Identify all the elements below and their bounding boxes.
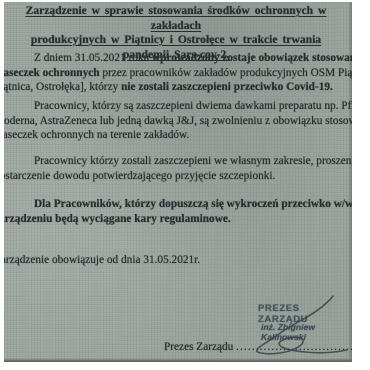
text-segment: Z dniem 31.05.2021 roku [34,52,152,64]
title-line-1: Zarządzenie w sprawie stosowania środków… [10,4,342,33]
text-line: Moderna, AstraZeneca lub jedną dawką J&J… [4,114,346,129]
text-line: dostarczenie dowodu potwierdzającego prz… [4,169,346,184]
text-line: Piątnica, Ostrołęka], którzy nie zostali… [4,80,346,95]
text-line: maseczek ochronnych na terenie zakładów. [4,128,346,143]
text-line: Pracownicy którzy zostali zaszczepieni w… [4,154,346,169]
handwritten-signature [237,290,352,362]
text-segment: przez pracowników zakładów produkcyjnych… [102,67,352,79]
scan-paper: Zarządzenie w sprawie stosowania środków… [4,2,352,362]
text-segment: nie zostali zaszczepieni przeciwko Covid… [121,81,333,93]
text-line: Dla Pracowników, którzy dopuszczą się wy… [4,197,346,212]
text-line: maseczek ochronnych przez pracowników za… [4,66,346,81]
text-segment: wprowadzony zostaje obowiązek stosowania [152,52,352,64]
text-line: Pracownicy, którzy są zaszczepieni dwiem… [4,99,346,114]
paragraph-penalties: Dla Pracowników, którzy dopuszczą się wy… [4,197,346,227]
text-segment: Piątnica, Ostrołęka], którzy [4,81,121,93]
text-line: zarządzeniu będą wyciągane kary regulami… [4,212,346,227]
paragraph-proof-request: Pracownicy którzy zostali zaszczepieni w… [4,154,346,183]
paragraph-vaccinated-exemption: Pracownicy, którzy są zaszczepieni dwiem… [4,99,346,143]
paragraph-opening: Z dniem 31.05.2021 roku wprowadzony zost… [4,51,346,95]
text-line: Z dniem 31.05.2021 roku wprowadzony zost… [4,51,346,66]
effective-date-line: Zarządzenie obowiązuje od dnia 31.05.202… [4,254,346,266]
page-background: { "document": { "title": { "line1": "Zar… [0,0,370,370]
text-segment: maseczek ochronnych [4,67,102,79]
signature-label: Prezes Zarządu [164,341,233,353]
